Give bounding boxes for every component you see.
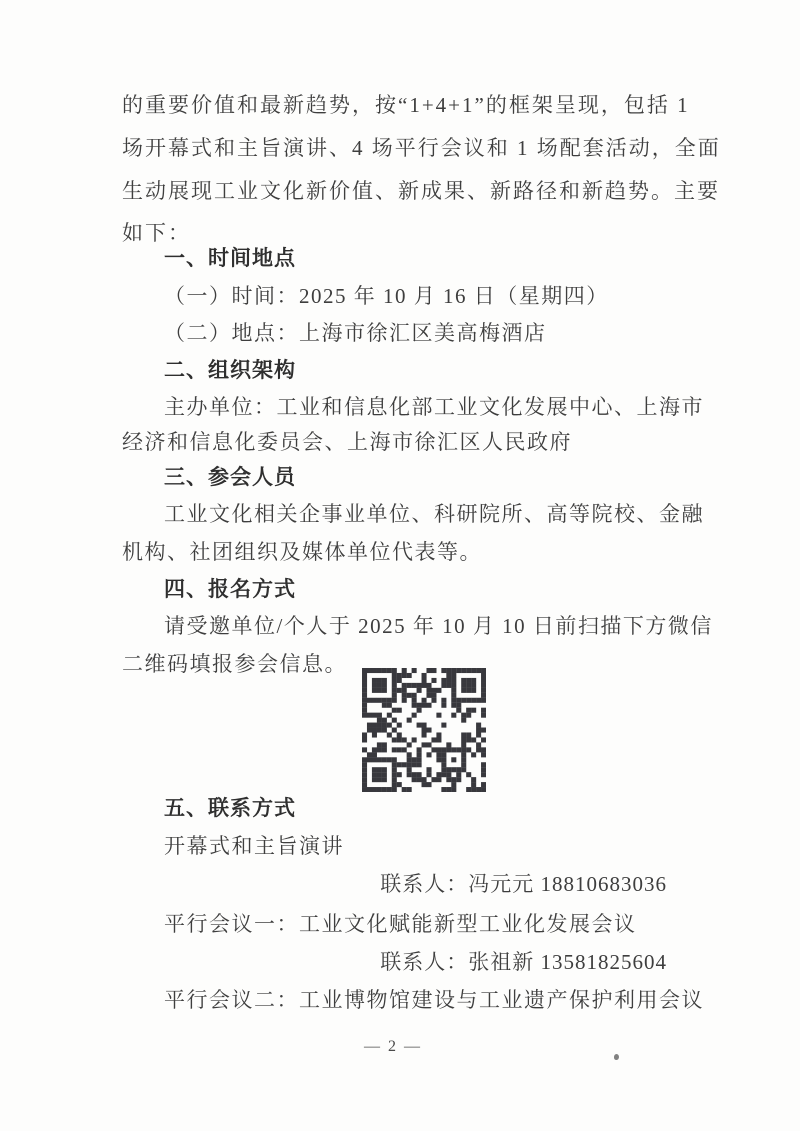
contact-session-line: 平行会议一：工业文化赋能新型工业化发展会议 (164, 911, 637, 937)
body-line-organizers: 主办单位：工业和信息化部工业文化发展中心、上海市 (164, 394, 704, 420)
contact-person-line: 联系人：张祖新 13581825604 (380, 949, 667, 975)
section-heading-contact: 五、联系方式 (164, 795, 296, 821)
contact-session-line: 开幕式和主旨演讲 (164, 833, 344, 859)
scan-artifact-dot (614, 1054, 619, 1060)
intro-line: 的重要价值和最新趋势，按“1+4+1”的框架呈现，包括 1 (122, 92, 690, 118)
section-heading-time-place: 一、时间地点 (164, 245, 296, 271)
scanned-document-page: 的重要价值和最新趋势，按“1+4+1”的框架呈现，包括 1 场开幕式和主旨演讲、… (0, 0, 800, 1131)
section-heading-organization: 二、组织架构 (164, 357, 296, 383)
wechat-registration-qr-code (362, 668, 486, 792)
body-line-participants: 工业文化相关企事业单位、科研院所、高等院校、金融 (164, 501, 704, 527)
intro-line: 如下： (122, 220, 191, 246)
page-number: — 2 — (0, 1038, 786, 1056)
body-line-place: （二）地点：上海市徐汇区美高梅酒店 (164, 320, 547, 346)
intro-line: 场开幕式和主旨演讲、4 场平行会议和 1 场配套活动，全面 (122, 135, 721, 161)
body-line-time: （一）时间：2025 年 10 月 16 日（星期四） (164, 283, 609, 309)
section-heading-participants: 三、参会人员 (164, 464, 296, 490)
section-heading-registration: 四、报名方式 (164, 576, 296, 602)
body-line-organizers-cont: 经济和信息化委员会、上海市徐汇区人民政府 (122, 429, 572, 455)
body-line-registration-cont: 二维码填报参会信息。 (122, 651, 347, 677)
body-line-participants-cont: 机构、社团组织及媒体单位代表等。 (122, 539, 482, 565)
contact-person-line: 联系人：冯元元 18810683036 (380, 871, 667, 897)
body-line-registration: 请受邀单位/个人于 2025 年 10 月 10 日前扫描下方微信 (164, 613, 713, 639)
intro-line: 生动展现工业文化新价值、新成果、新路径和新趋势。主要 (122, 178, 720, 204)
contact-session-line: 平行会议二：工业博物馆建设与工业遗产保护利用会议 (164, 987, 704, 1013)
